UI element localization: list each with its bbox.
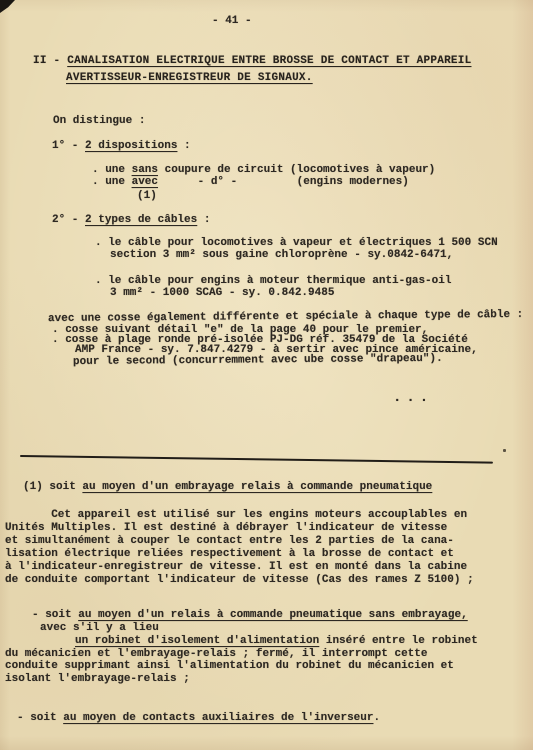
footnote-title: (1) soit au moyen d'un embrayage relais … xyxy=(23,481,432,493)
footnote-robinet-line: du mécanicien et l'embrayage-relais ; fe… xyxy=(5,648,427,660)
footnote-ref-1: (1) xyxy=(137,190,157,202)
bullet-text: . une xyxy=(92,176,132,188)
bullet-text: . une xyxy=(92,164,132,176)
dash-text: - soit xyxy=(32,609,78,621)
item-2-bullet-2-line-2: 3 mm² - 1000 SCAG - sy. 0.842.9485 xyxy=(110,287,334,299)
footnote-para-line: et simultanément à couper le contact ent… xyxy=(5,535,454,547)
soit-2-underlined: au moyen d'un relais à commande pneumati… xyxy=(78,609,467,621)
soit-3-underlined: au moyen de contacts auxiliaires de l'in… xyxy=(63,712,373,724)
section-heading-line-2: AVERTISSEUR-ENREGISTREUR DE SIGNAUX. xyxy=(66,72,313,84)
scanned-page: - 41 - II - CANALISATION ELECTRIQUE ENTR… xyxy=(0,0,533,750)
item-1-bullet-2: . une avec - d° - (engins modernes) xyxy=(92,176,409,188)
item-2-title: 2° - 2 types de câbles : xyxy=(52,214,210,226)
robinet-text: inséré entre le robinet xyxy=(319,635,477,647)
scan-corner-mark xyxy=(0,0,15,13)
item-2-label: 2° - xyxy=(52,214,85,226)
item-1-label: 1° - xyxy=(52,140,85,152)
heading-text-1: CANALISATION ELECTRIQUE ENTRE BROSSE DE … xyxy=(67,55,471,67)
item-2-bullet-2-line-1: . le câble pour engins à moteur thermiqu… xyxy=(95,275,451,287)
item-2-bullet-1-line-1: . le câble pour locomotives à vapeur et … xyxy=(95,237,498,249)
cosse-paragraph-line-5: pour le second (concurremment avec ube c… xyxy=(73,353,443,368)
footnote-robinet-line: conduite supprimant ainsi l'alimentation… xyxy=(5,660,454,672)
ink-speck xyxy=(503,449,506,452)
footnote-divider xyxy=(20,455,493,464)
dash-text: - soit xyxy=(17,712,63,724)
item-2-bullet-1-line-2: section 3 mm² sous gaine chloroprène - s… xyxy=(110,249,453,261)
item-1-bullet-1: . une sans coupure de circuit (locomotiv… xyxy=(92,164,435,176)
item-1-title: 1° - 2 dispositions : xyxy=(52,140,191,152)
footnote-soit-3: - soit au moyen de contacts auxiliaires … xyxy=(17,712,380,724)
footnote-label: (1) soit xyxy=(23,481,82,493)
footnote-title-text: au moyen d'un embrayage relais à command… xyxy=(82,481,432,493)
footnote-robinet-line: isolant l'embrayage-relais ; xyxy=(5,673,190,685)
footnote-para-line: Unités Multiples. Il est destiné à débra… xyxy=(5,522,447,534)
section-heading-line-1: II - CANALISATION ELECTRIQUE ENTRE BROSS… xyxy=(33,55,471,67)
page-number: - 41 - xyxy=(212,15,252,27)
heading-text-2: AVERTISSEUR-ENREGISTREUR DE SIGNAUX. xyxy=(66,72,313,84)
item-2-title-text: 2 types de câbles xyxy=(85,214,197,226)
footnote-soit-2-line-2: avec s'il y a lieu xyxy=(40,622,159,634)
footnote-para-line: de conduite comportant l'indicateur de v… xyxy=(5,574,474,586)
intro-line: On distingue : xyxy=(53,115,145,127)
item-2-colon: : xyxy=(197,214,210,226)
footnote-para-line: lisation électrique reliées respectiveme… xyxy=(5,548,454,560)
bullet-underlined-word: sans xyxy=(132,164,158,176)
bullet-text: - d° - (engins modernes) xyxy=(158,176,409,188)
item-1-title-text: 2 dispositions xyxy=(85,140,177,152)
period-text: . xyxy=(373,712,380,724)
robinet-underlined: un robinet d'isolement d'alimentation xyxy=(75,635,319,647)
footnote-para-line: Cet appareil est utilisé sur les engins … xyxy=(5,509,467,521)
ellipsis-marks: ... xyxy=(393,392,433,404)
bullet-underlined-word: avec xyxy=(132,176,158,188)
cosse-paragraph-line-1: avec une cosse également différente et s… xyxy=(48,309,523,325)
bullet-text: coupure de circuit (locomotives à vapeur… xyxy=(158,164,435,176)
footnote-soit-2-line-1: - soit au moyen d'un relais à commande p… xyxy=(32,609,468,621)
item-1-colon: : xyxy=(177,140,190,152)
footnote-robinet-line-1: un robinet d'isolement d'alimentation in… xyxy=(75,635,478,647)
section-numeral: II - xyxy=(33,55,67,67)
footnote-para-line: à l'indicateur-enregistreur de vitesse. … xyxy=(5,561,467,573)
